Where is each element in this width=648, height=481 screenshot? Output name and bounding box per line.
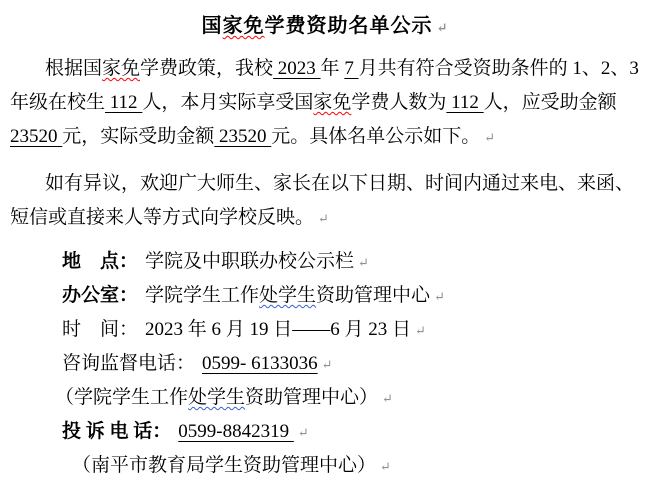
org-text: （南平市教育局学生资助管理中心） (72, 455, 376, 476)
office-value: 资助管理中心 (316, 285, 430, 306)
spellcheck-wavy: 家免 (102, 58, 140, 79)
paragraph-mark-icon: ↵ (437, 20, 449, 35)
body-text: 年级在校生 (10, 92, 105, 113)
office-line: 办公室：学院学生工作处学生资助管理中心↵ (10, 279, 640, 313)
paragraph-mark-icon: ↵ (415, 323, 426, 338)
paragraph-mark-icon: ↵ (298, 425, 309, 440)
body-text: 人，本月实际享受国 (142, 92, 313, 113)
time-label: 时 间： (62, 319, 138, 340)
body-text: 年 (321, 58, 345, 79)
body-text: 月共有符合受资助条件的 1、2、3 (359, 58, 639, 79)
paragraph-line-2: 短信或直接来人等方式向学校反映。↵ (10, 201, 640, 235)
title-text: 国 (202, 15, 223, 37)
complaint-org-line: （南平市教育局学生资助管理中心）↵ (10, 449, 640, 481)
contact-info-list: 地 点：学院及中职联办校公示栏↵ 办公室：学院学生工作处学生资助管理中心↵ 时 … (10, 245, 640, 481)
org-text: 资助管理中心） (245, 387, 378, 408)
paragraph-summary: 根据国家免学费政策，我校 2023 年 7 月共有符合受资助条件的 1、2、3 … (10, 52, 640, 154)
paragraph-line-1: 根据国家免学费政策，我校 2023 年 7 月共有符合受资助条件的 1、2、3 (10, 52, 640, 86)
grammar-wavy: 处学生 (188, 387, 245, 408)
org-text: （学院学生工作 (55, 387, 188, 408)
paragraph-mark-icon: ↵ (380, 459, 391, 474)
supervision-hotline-line: 咨询监督电话：0599- 6133036↵ (10, 347, 640, 381)
paragraph-mark-icon: ↵ (382, 391, 393, 406)
body-text: 学费政策，我校 (140, 58, 273, 79)
complaint-hotline-number: 0599-8842319 (178, 421, 294, 442)
location-value: 学院及中职联办校公示栏 (145, 251, 354, 272)
body-text: 元，实际受助金额 (62, 126, 214, 147)
supervision-hotline-label: 咨询监督电话： (62, 353, 195, 374)
document-page: 国家免学费资助名单公示↵ 根据国家免学费政策，我校 2023 年 7 月共有符合… (0, 0, 648, 481)
location-label: 地 点： (62, 251, 138, 272)
paragraph-mark-icon: ↵ (318, 211, 329, 226)
location-line: 地 点：学院及中职联办校公示栏↵ (10, 245, 640, 279)
body-text: 元。具体名单公示如下。 (271, 126, 480, 147)
time-line: 时 间：2023 年 6 月 19 日——6 月 23 日↵ (10, 313, 640, 347)
body-text: 短信或直接来人等方式向学校反映。 (10, 207, 314, 228)
paragraph-line-1: 如有异议，欢迎广大师生、家长在以下日期、时间内通过来电、来函、 (10, 167, 640, 201)
amount-due-value: 23520 (10, 126, 62, 147)
office-label: 办公室： (62, 285, 138, 306)
time-value: 2023 年 6 月 19 日——6 月 23 日 (145, 319, 411, 340)
supervision-hotline-number: 0599- 6133036 (202, 353, 318, 374)
student-count-value: 112 (105, 92, 142, 113)
paragraph-mark-icon: ↵ (358, 255, 369, 270)
body-text: 学费人数为 (351, 92, 446, 113)
document-title: 国家免学费资助名单公示↵ (10, 12, 640, 40)
paragraph-mark-icon: ↵ (484, 130, 495, 145)
complaint-hotline-line: 投 诉 电 话：0599-8842319 ↵ (10, 415, 640, 449)
supervision-org-line: （学院学生工作处学生资助管理中心）↵ (10, 381, 640, 415)
paragraph-line-2: 年级在校生 112 人，本月实际享受国家免学费人数为 112 人，应受助金额 (10, 86, 640, 120)
paragraph-mark-icon: ↵ (434, 289, 445, 304)
body-text: 人，应受助金额 (484, 92, 617, 113)
title-text: 学费资助名单公示 (265, 15, 433, 37)
year-value: 2023 (273, 58, 321, 79)
paragraph-objection: 如有异议，欢迎广大师生、家长在以下日期、时间内通过来电、来函、 短信或直接来人等… (10, 167, 640, 235)
office-value: 学院学生工作 (145, 285, 259, 306)
complaint-hotline-label: 投 诉 电 话： (62, 421, 171, 442)
amount-paid-value: 23520 (214, 126, 271, 147)
grammar-wavy: 处学生 (259, 285, 316, 306)
beneficiary-count-value: 112 (446, 92, 483, 113)
paragraph-line-3: 23520 元，实际受助金额 23520 元。具体名单公示如下。↵ (10, 120, 640, 154)
body-text: 根据国 (45, 58, 102, 79)
body-text: 如有异议，欢迎广大师生、家长在以下日期、时间内通过来电、来函、 (45, 173, 634, 194)
title-spellcheck-wavy: 家免 (223, 15, 265, 37)
paragraph-mark-icon: ↵ (322, 357, 333, 372)
spellcheck-wavy: 家免 (313, 92, 351, 113)
month-value: 7 (344, 58, 358, 79)
